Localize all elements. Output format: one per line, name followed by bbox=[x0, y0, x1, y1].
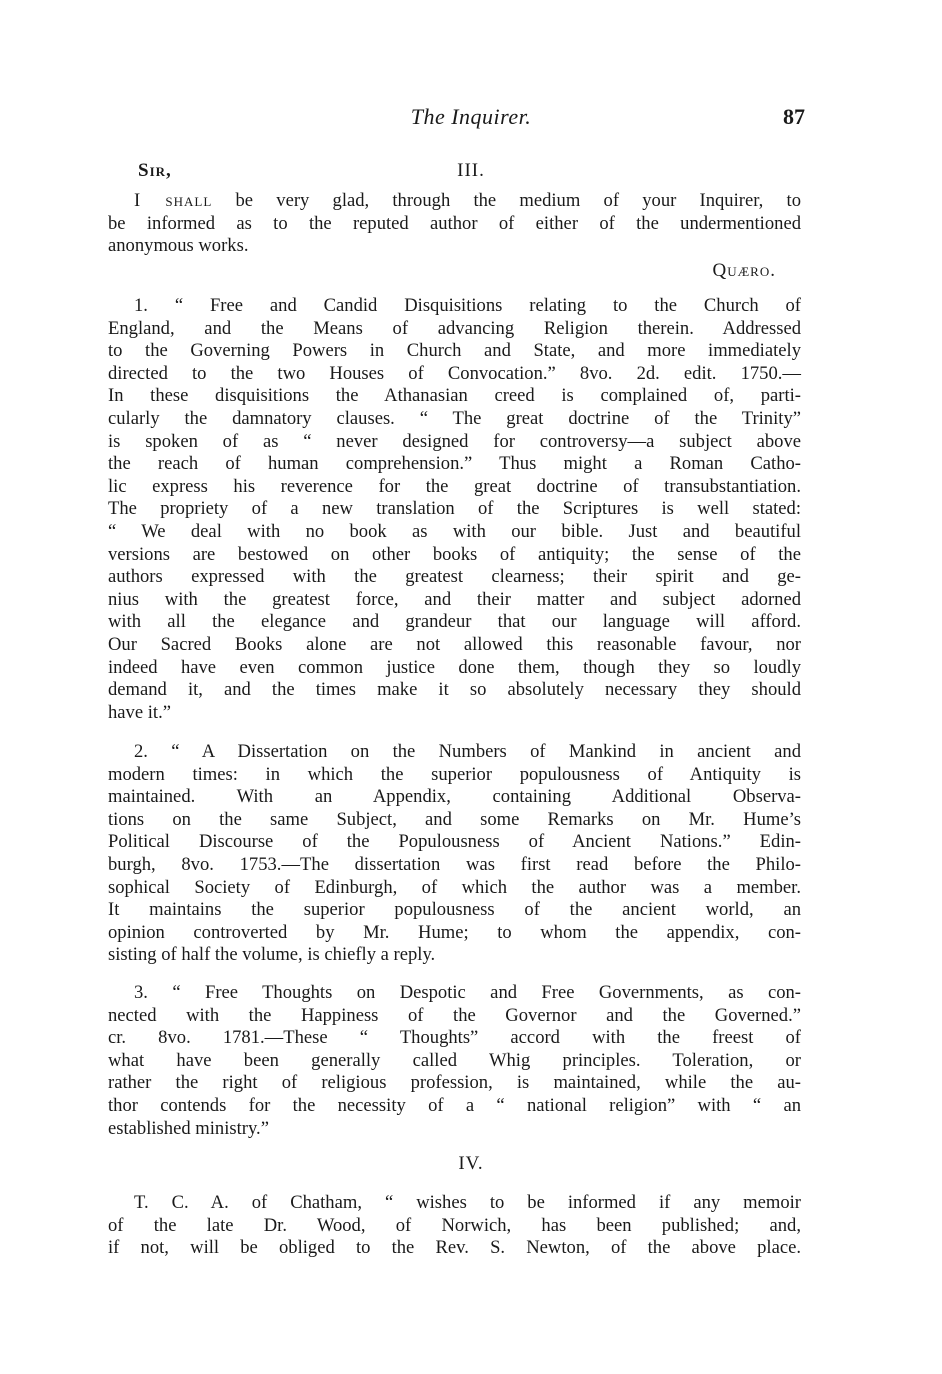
paragraph-line: maintained. With an Appendix, containing… bbox=[108, 786, 801, 809]
document-page: The Inquirer. 87 Sir, III. I shall be ve… bbox=[0, 0, 942, 1374]
paragraph-line: demand it, and the times make it so abso… bbox=[108, 679, 801, 702]
paragraph-line: if not, will be obliged to the Rev. S. N… bbox=[108, 1237, 801, 1260]
query-item-2: 2. “ A Dissertation on the Numbers of Ma… bbox=[108, 741, 801, 967]
paragraph-line: sophical Society of Edinburgh, of which … bbox=[108, 877, 801, 900]
paragraph-line: be informed as to the reputed author of … bbox=[108, 213, 801, 236]
paragraph-line: It maintains the superior populousness o… bbox=[108, 899, 801, 922]
paragraph-line: with all the elegance and grandeur that … bbox=[108, 611, 801, 634]
paragraph-line: I shall be very glad, through the medium… bbox=[108, 190, 801, 213]
paragraph-line: opinion controverted by Mr. Hume; to who… bbox=[108, 922, 801, 945]
paragraph-line: “ We deal with no book as with our bible… bbox=[108, 521, 801, 544]
paragraph-line: the reach of human comprehension.” Thus … bbox=[108, 453, 801, 476]
query-item-3: 3. “ Free Thoughts on Despotic and Free … bbox=[108, 982, 801, 1140]
paragraph-line: to the Governing Powers in Church and St… bbox=[108, 340, 801, 363]
paragraph-line: modern times: in which the superior popu… bbox=[108, 764, 801, 787]
paragraph-line: rather the right of religious profession… bbox=[108, 1072, 801, 1095]
paragraph-line: nected with the Happiness of the Governo… bbox=[108, 1005, 801, 1028]
paragraph-line: authors expressed with the greatest clea… bbox=[108, 566, 801, 589]
paragraph-line: T. C. A. of Chatham, “ wishes to be info… bbox=[108, 1192, 801, 1215]
section-iv-paragraph: T. C. A. of Chatham, “ wishes to be info… bbox=[108, 1192, 801, 1260]
paragraph-line: established ministry.” bbox=[108, 1118, 801, 1141]
paragraph-line: cr. 8vo. 1781.—These “ Thoughts” accord … bbox=[108, 1027, 801, 1050]
paragraph-line: sisting of half the volume, is chiefly a… bbox=[108, 944, 801, 967]
paragraph-line: indeed have even common justice done the… bbox=[108, 657, 801, 680]
paragraph-line: versions are bestowed on other books of … bbox=[108, 544, 801, 567]
paragraph-line: 1. “ Free and Candid Disquisitions relat… bbox=[108, 295, 801, 318]
paragraph-line: 2. “ A Dissertation on the Numbers of Ma… bbox=[108, 741, 801, 764]
paragraph-line: cularly the damnatory clauses. “ The gre… bbox=[108, 408, 801, 431]
paragraph-line: Political Discourse of the Populousness … bbox=[108, 831, 801, 854]
paragraph-line: of the late Dr. Wood, of Norwich, has be… bbox=[108, 1215, 801, 1238]
paragraph-line: The propriety of a new translation of th… bbox=[108, 498, 801, 521]
paragraph-line: burgh, 8vo. 1753.—The dissertation was f… bbox=[108, 854, 801, 877]
opening-paragraph: I shall be very glad, through the medium… bbox=[108, 190, 801, 258]
section-iv-numeral: IV. bbox=[0, 1153, 942, 1175]
paragraph-line: tions on the same Subject, and some Rema… bbox=[108, 809, 801, 832]
paragraph-line: lic express his reverence for the great … bbox=[108, 476, 801, 499]
paragraph-line: anonymous works. bbox=[108, 235, 801, 258]
paragraph-line: thor contends for the necessity of a “ n… bbox=[108, 1095, 801, 1118]
lead-word: I shall bbox=[134, 190, 212, 211]
signature: Quæro. bbox=[713, 260, 776, 282]
query-item-1: 1. “ Free and Candid Disquisitions relat… bbox=[108, 295, 801, 724]
paragraph-line: In these disquisitions the Athanasian cr… bbox=[108, 385, 801, 408]
paragraph-line: England, and the Means of advancing Reli… bbox=[108, 318, 801, 341]
paragraph-line: nius with the greatest force, and their … bbox=[108, 589, 801, 612]
paragraph-line: 3. “ Free Thoughts on Despotic and Free … bbox=[108, 982, 801, 1005]
section-iii-numeral: III. bbox=[0, 160, 942, 182]
paragraph-line: directed to the two Houses of Convocatio… bbox=[108, 363, 801, 386]
paragraph-line: have it.” bbox=[108, 702, 801, 725]
page-number: 87 bbox=[783, 104, 805, 130]
paragraph-line: is spoken of as “ never designed for con… bbox=[108, 431, 801, 454]
paragraph-line: what have been generally called Whig pri… bbox=[108, 1050, 801, 1073]
paragraph-line: Our Sacred Books alone are not allowed t… bbox=[108, 634, 801, 657]
